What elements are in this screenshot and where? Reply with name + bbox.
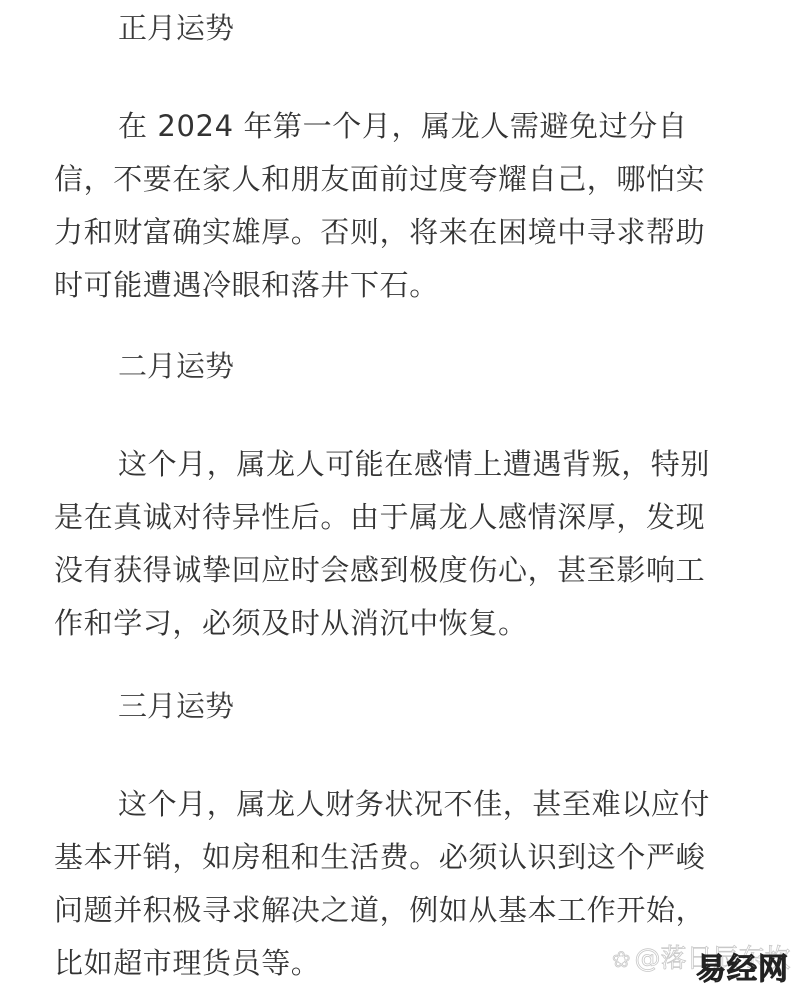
section-body-january: 在 2024 年第一个月，属龙人需避免过分自信，不要在家人和朋友面前过度夸耀自己… (54, 100, 734, 312)
section-heading-february: 二月运势 (118, 346, 234, 386)
section-body-february: 这个月，属龙人可能在感情上遭遇背叛，特别是在真诚对待异性后。由于属龙人感情深厚，… (54, 438, 734, 650)
site-watermark: 易经网 (696, 944, 789, 984)
section-heading-january: 正月运势 (118, 8, 234, 48)
baidu-paw-icon: ❀ (612, 948, 630, 973)
section-heading-march: 三月运势 (118, 686, 234, 726)
